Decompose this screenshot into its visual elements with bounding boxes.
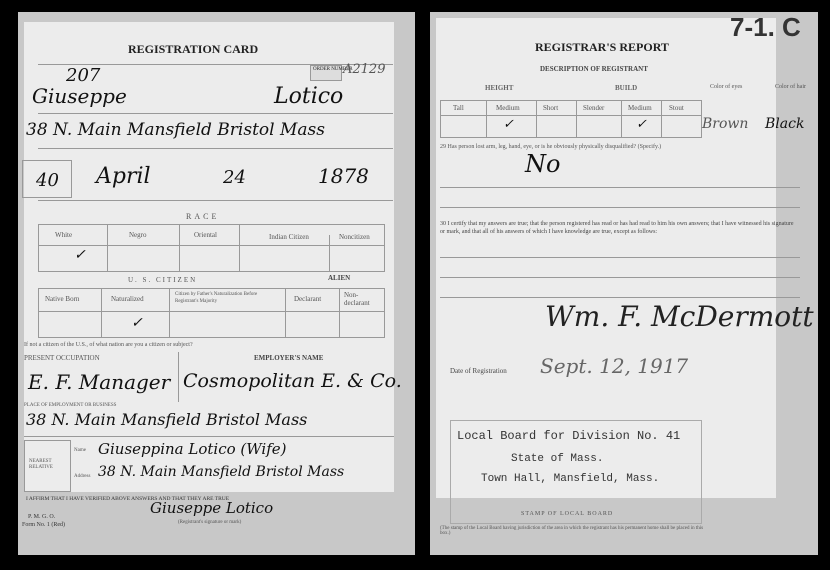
registrar-signature: Wm. F. McDermott [545,300,814,333]
date-label: Date of Registration [450,367,507,375]
signature-caption: (Registrant's signature or mark) [178,520,241,525]
report-subtitle: DESCRIPTION OF REGISTRANT [540,65,648,73]
form-id-1: P. M. G. O. [28,514,55,520]
citizen-heading: U. S. CITIZEN [128,276,197,284]
race-table: White Negro Oriental Indian Citizen Nonc… [38,224,385,272]
birth-year: 1878 [318,164,369,188]
card-title: REGISTRATION CARD [128,42,258,57]
relative-address-label: Address [74,474,90,479]
build-medium-mark: ✓ [636,117,647,132]
stamp-footnote: (The stamp of the Local Board having jur… [440,526,710,536]
occupation-label: PRESENT OCCUPATION [24,354,100,362]
stamp-number: 7-1. C [730,12,801,43]
employer-value: Cosmopolitan E. & Co. [183,370,402,392]
employer-label: EMPLOYER'S NAME [254,354,323,362]
nearest-relative-box: NEAREST RELATIVE [24,440,71,492]
race-white-mark: ✓ [74,247,86,263]
registration-card-front: REGISTRATION CARD 207 ORDER NUMBER A2129… [18,12,415,555]
order-number: A2129 [343,62,385,77]
registrant-signature: Giuseppe Lotico [150,499,273,517]
employment-place-label: PLACE OF EMPLOYMENT OR BUSINESS [24,403,116,408]
order-label-box: ORDER NUMBER [310,65,342,81]
hair-color: Black [765,116,804,132]
local-board-stamp-box: Local Board for Division No. 41 State of… [450,420,702,524]
age-value: 40 [36,170,59,191]
alien-heading: ALIEN [328,274,350,282]
eyes-heading: Color of eyes [710,84,745,90]
citizenship-table: Native Born Naturalized Citizen by Fathe… [38,288,385,338]
question-29: 29 Has person lost arm, leg, hand, eye, … [440,144,800,150]
form-id-2: Form No. 1 (Red) [22,522,65,528]
naturalized-mark: ✓ [131,315,143,331]
hair-heading: Color of hair [775,84,810,90]
occupation-value: E. F. Manager [28,370,170,394]
description-table: Tall Medium Short Slender Medium Stout ✓… [440,100,702,138]
first-name: Giuseppe [32,84,127,108]
home-address: 38 N. Main Mansfield Bristol Mass [26,120,325,140]
relative-name-label: Name [74,448,86,453]
height-medium-mark: ✓ [503,117,514,132]
certify-text: 30 I certify that my answers are true; t… [440,220,800,236]
employment-place-value: 38 N. Main Mansfield Bristol Mass [26,410,307,429]
serial-number: 207 [66,65,100,86]
report-title: REGISTRAR'S REPORT [535,40,669,55]
registration-card-back: 7-1. C REGISTRAR'S REPORT DESCRIPTION OF… [430,12,818,555]
relative-name-value: Giuseppina Lotico (Wife) [98,440,287,458]
question-29-answer: No [525,150,560,178]
last-name: Lotico [274,84,343,109]
relative-address-value: 38 N. Main Mansfield Bristol Mass [98,464,344,480]
eye-color: Brown [702,116,748,132]
birth-month: April [96,164,151,189]
registration-date: Sept. 12, 1917 [540,354,688,378]
nation-question: If not a citizen of the U.S., of what na… [24,342,193,348]
build-heading: BUILD [615,84,637,92]
height-heading: HEIGHT [485,84,513,92]
birth-day: 24 [223,167,246,188]
race-heading: RACE [186,212,219,221]
